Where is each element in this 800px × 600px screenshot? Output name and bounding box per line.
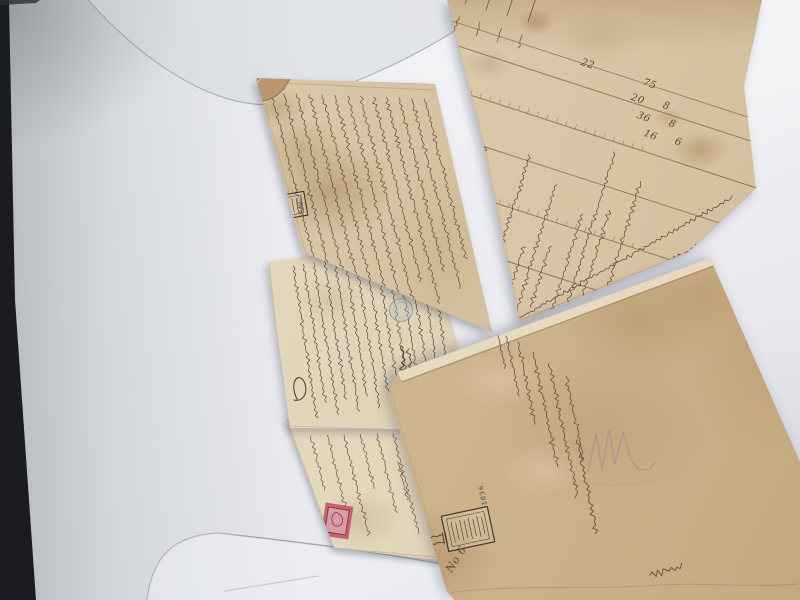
lightbox-background-seams: [0, 0, 800, 600]
lightbox-photo-scene: 1830. 22 75 20 8 36 8 16 6 1836. No 6: [0, 0, 800, 600]
